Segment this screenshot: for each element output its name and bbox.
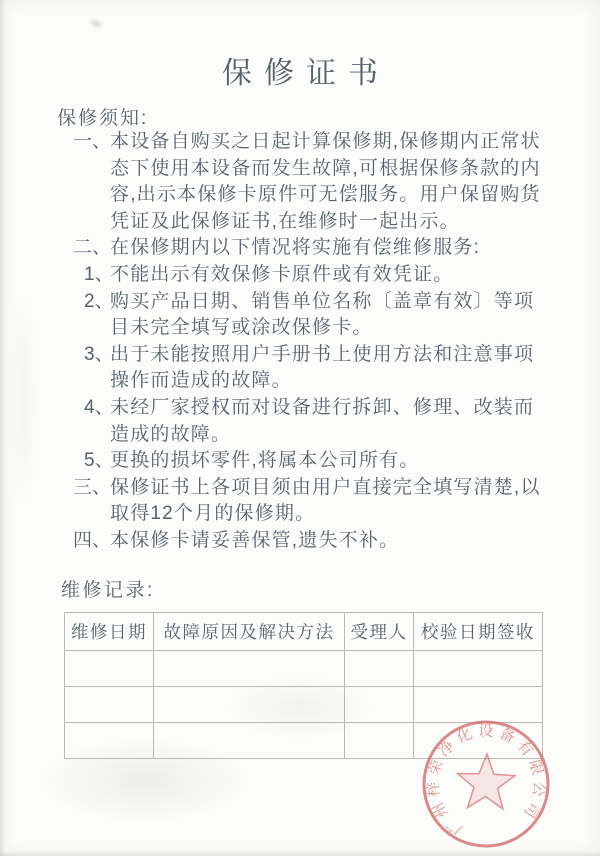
item-marker: 一、 [73,129,111,156]
item-marker: 二、 [73,235,111,262]
table-row [65,651,543,687]
warranty-certificate-page: 保修证书 保修须知: 一、 本设备自购买之日起计算保修期,保修期内正常状 态下使… [0,0,600,856]
item-marker: 三、 [73,475,111,502]
col-header-handler: 受理人 [345,613,414,651]
text-line: 本设备自购买之日起计算保修期,保修期内正常状 [110,129,564,156]
notice-heading: 保修须知: [57,103,148,130]
text-line: 不能出示有效保修卡原件或有效凭证。 [110,262,564,289]
text-line: 购买产品日期、销售单位名称〔盖章有效〕等项 [110,289,564,316]
item-marker: 四、 [73,528,111,555]
text-line: 目未完全填写或涂改保修卡。 [110,315,564,342]
text-line: 出于未能按照用户手册书上使用方法和注意事项 [110,342,564,369]
table-cell [345,651,414,687]
table-cell [65,723,154,759]
col-header-fault-solution: 故障原因及解决方法 [154,613,345,651]
table-cell [154,723,345,759]
notice-item-4: 四、 本保修卡请妥善保管,遗失不补。 [0,528,600,555]
table-cell [65,687,154,723]
table-cell [345,723,414,759]
notice-subitem-5: 5、 更换的损坏零件,将属本公司所有。 [0,448,600,475]
text-line: 操作而造成的故障。 [110,368,564,395]
text-line: 保修证书上各项目须由用户直接完全填写清楚,以 [110,475,564,502]
notice-item-1: 一、 本设备自购买之日起计算保修期,保修期内正常状 态下使用本设备而发生故障,可… [0,129,600,235]
table-cell [154,651,345,687]
item-marker: 2、 [84,289,114,316]
item-marker: 4、 [84,395,114,422]
notice-item-3: 三、 保修证书上各项目须由用户直接完全填写清楚,以 取得12个月的保修期。 [0,475,600,528]
notice-item-2: 二、 在保修期内以下情况将实施有偿维修服务: [0,235,600,262]
notice-subitem-4: 4、 未经厂家授权而对设备进行拆卸、修理、改装而 造成的故障。 [0,395,600,448]
scan-edge-shadow [0,851,600,856]
text-line: 取得12个月的保修期。 [110,501,564,528]
table-cell [414,651,543,687]
item-marker: 3、 [84,342,114,369]
text-line: 未经厂家授权而对设备进行拆卸、修理、改装而 [110,395,564,422]
text-line: 本保修卡请妥善保管,遗失不补。 [110,528,564,555]
col-header-verify-sign: 校验日期签收 [414,613,543,651]
item-marker: 5、 [84,448,114,475]
repair-records-heading: 维修记录: [61,575,155,602]
table-cell [65,651,154,687]
text-line: 容,出示本保修卡原件可无偿服务。用户保留购货 [110,182,564,209]
notice-subitem-2: 2、 购买产品日期、销售单位名称〔盖章有效〕等项 目未完全填写或涂改保修卡。 [0,289,600,342]
col-header-repair-date: 维修日期 [65,613,154,651]
text-line: 更换的损坏零件,将属本公司所有。 [110,448,564,475]
table-cell [154,687,345,723]
notice-subitem-1: 1、 不能出示有效保修卡原件或有效凭证。 [0,262,600,289]
company-seal-stamp: 广州梓荣净化设备有限公司 [409,707,563,856]
table-header-row: 维修日期 故障原因及解决方法 受理人 校验日期签收 [65,613,543,651]
text-line: 凭证及此保修证书,在维修时一起出示。 [110,209,564,236]
scan-artifact [87,16,106,32]
text-line: 在保修期内以下情况将实施有偿维修服务: [110,235,564,262]
notice-subitem-3: 3、 出于未能按照用户手册书上使用方法和注意事项 操作而造成的故障。 [0,342,600,395]
page-title: 保修证书 [0,56,600,92]
item-marker: 1、 [84,262,114,289]
text-line: 态下使用本设备而发生故障,可根据保修条款的内 [110,156,564,183]
notice-list: 一、 本设备自购买之日起计算保修期,保修期内正常状 态下使用本设备而发生故障,可… [0,129,600,555]
seal-star-icon [456,751,520,815]
table-cell [345,687,414,723]
text-line: 造成的故障。 [110,422,564,449]
